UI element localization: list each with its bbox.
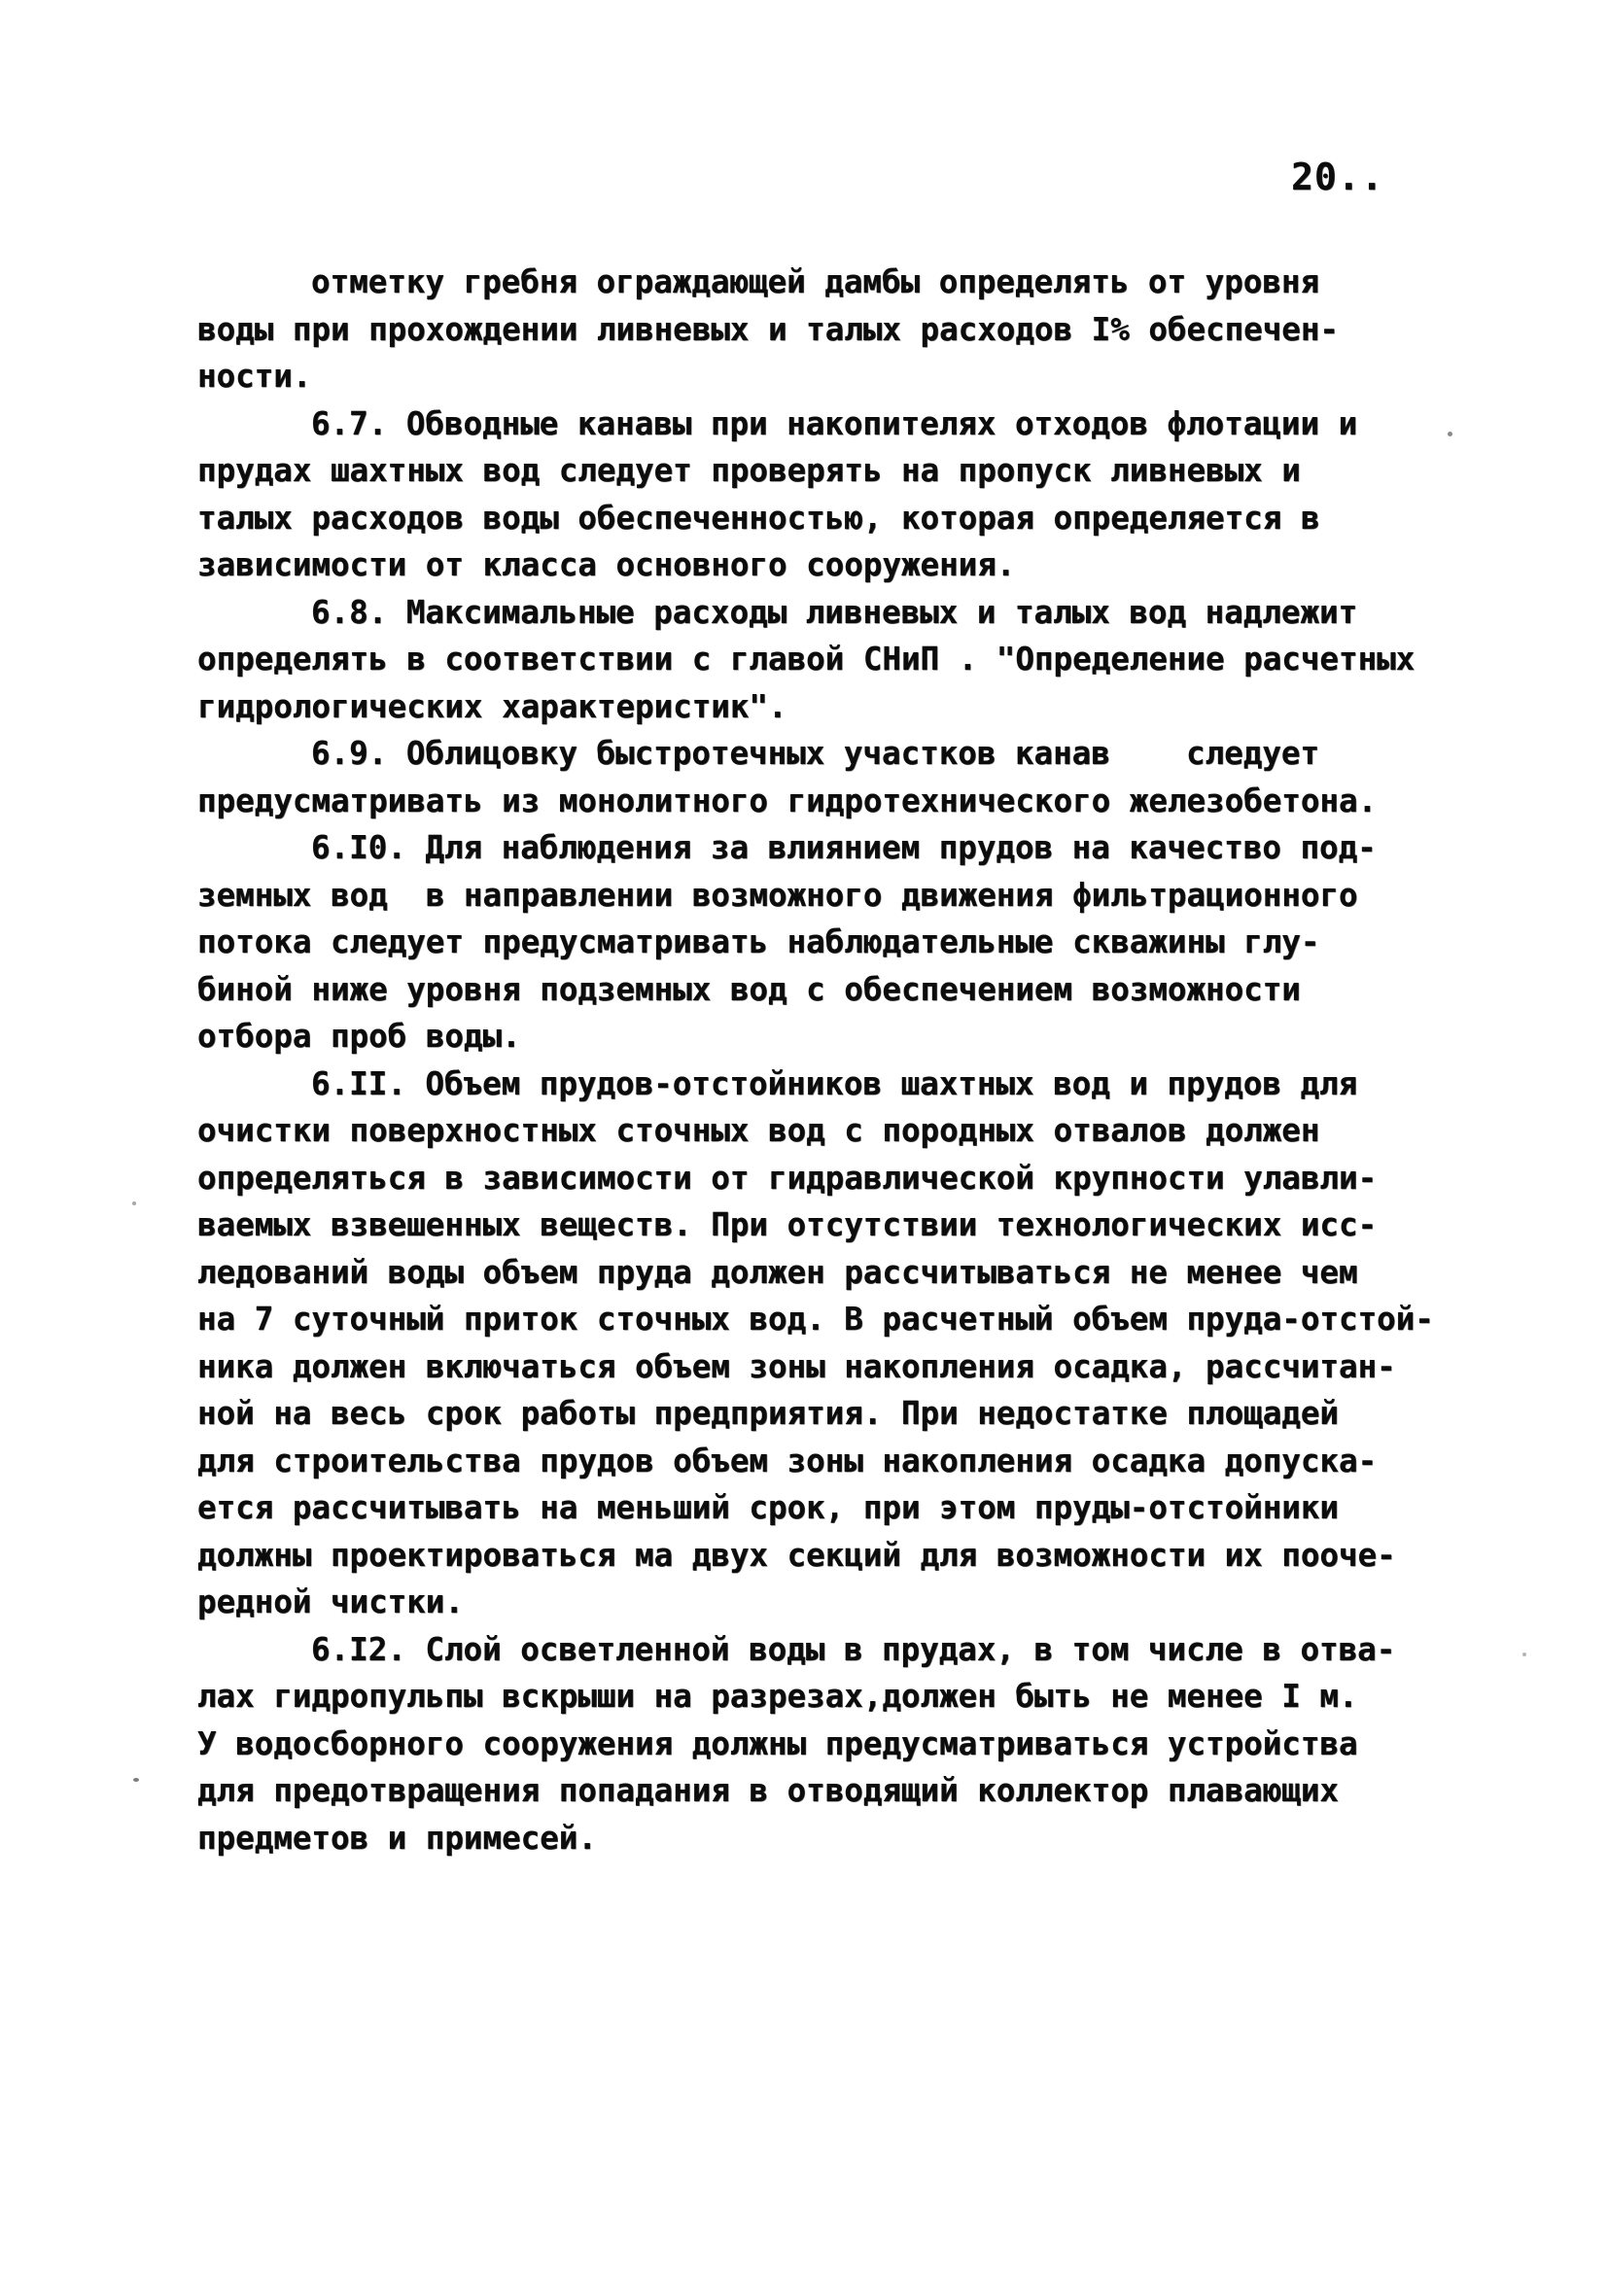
text-line: определять в соответствии с главой СНиП … xyxy=(197,636,1481,683)
text-line: гидрологических характеристик". xyxy=(197,683,1481,731)
text-line: ности. xyxy=(197,353,1481,400)
text-line: 6.II. Объем прудов-отстойников шахтных в… xyxy=(197,1061,1481,1108)
scan-noise-speck xyxy=(132,1201,136,1205)
text-line: редной чистки. xyxy=(197,1579,1481,1626)
text-line: ника должен включаться объем зоны накопл… xyxy=(197,1343,1481,1391)
text-line: 6.7. Обводные канавы при накопителях отх… xyxy=(197,400,1481,448)
text-line: 6.I0. Для наблюдения за влиянием прудов … xyxy=(197,824,1481,872)
text-line: ледований воды объем пруда должен рассчи… xyxy=(197,1249,1481,1297)
scan-noise-speck xyxy=(1522,1652,1526,1656)
text-line: отметку гребня ограждающей дамбы определ… xyxy=(197,259,1481,306)
text-line: ваемых взвешенных веществ. При отсутстви… xyxy=(197,1201,1481,1249)
text-line: на 7 суточный приток сточных вод. В расч… xyxy=(197,1296,1481,1343)
text-line: ной на весь срок работы предприятия. При… xyxy=(197,1390,1481,1438)
text-line: талых расходов воды обеспеченностью, кот… xyxy=(197,495,1481,542)
text-line: очистки поверхностных сточных вод с поро… xyxy=(197,1107,1481,1155)
paragraph-6-10: 6.I0. Для наблюдения за влиянием прудов … xyxy=(197,824,1481,1061)
text-line: должны проектироваться ма двух секций дл… xyxy=(197,1532,1481,1580)
paragraph-6-9: 6.9. Облицовку быстротечных участков кан… xyxy=(197,730,1481,824)
text-line: определяться в зависимости от гидравличе… xyxy=(197,1155,1481,1202)
paragraph-6-8: 6.8. Максимальные расходы ливневых и тал… xyxy=(197,589,1481,731)
text-line: предметов и примесей. xyxy=(197,1815,1481,1862)
text-line: отбора проб воды. xyxy=(197,1013,1481,1061)
paragraph-6-11: 6.II. Объем прудов-отстойников шахтных в… xyxy=(197,1061,1481,1626)
text-line: для предотвращения попадания в отводящий… xyxy=(197,1767,1481,1815)
scanned-document-page: 20.. отметку гребня ограждающей дамбы оп… xyxy=(0,0,1608,2296)
text-line: потока следует предусматривать наблюдате… xyxy=(197,919,1481,966)
page-number: 20.. xyxy=(1291,156,1384,198)
paragraph-6-12: 6.I2. Слой осветленной воды в прудах, в … xyxy=(197,1626,1481,1862)
text-line: ется рассчитывать на меньший срок, при э… xyxy=(197,1484,1481,1532)
document-text-block: отметку гребня ограждающей дамбы определ… xyxy=(197,259,1481,1861)
text-line: 6.8. Максимальные расходы ливневых и тал… xyxy=(197,589,1481,637)
scan-noise-speck xyxy=(133,1778,139,1782)
text-line: биной ниже уровня подземных вод с обеспе… xyxy=(197,966,1481,1014)
text-line: лах гидропульпы вскрыши на разрезах,долж… xyxy=(197,1673,1481,1721)
text-line: земных вод в направлении возможного движ… xyxy=(197,872,1481,920)
text-line: 6.9. Облицовку быстротечных участков кан… xyxy=(197,730,1481,778)
text-line: прудах шахтных вод следует проверять на … xyxy=(197,447,1481,495)
text-line: воды при прохождении ливневых и талых ра… xyxy=(197,306,1481,354)
text-line: 6.I2. Слой осветленной воды в прудах, в … xyxy=(197,1626,1481,1674)
paragraph-continuation: отметку гребня ограждающей дамбы определ… xyxy=(197,259,1481,400)
text-line: предусматривать из монолитного гидротехн… xyxy=(197,778,1481,825)
paragraph-6-7: 6.7. Обводные канавы при накопителях отх… xyxy=(197,400,1481,589)
scan-noise-speck xyxy=(1448,432,1452,436)
text-line: для строительства прудов объем зоны нако… xyxy=(197,1438,1481,1485)
text-line: У водосборного сооружения должны предусм… xyxy=(197,1721,1481,1768)
text-line: зависимости от класса основного сооружен… xyxy=(197,541,1481,589)
